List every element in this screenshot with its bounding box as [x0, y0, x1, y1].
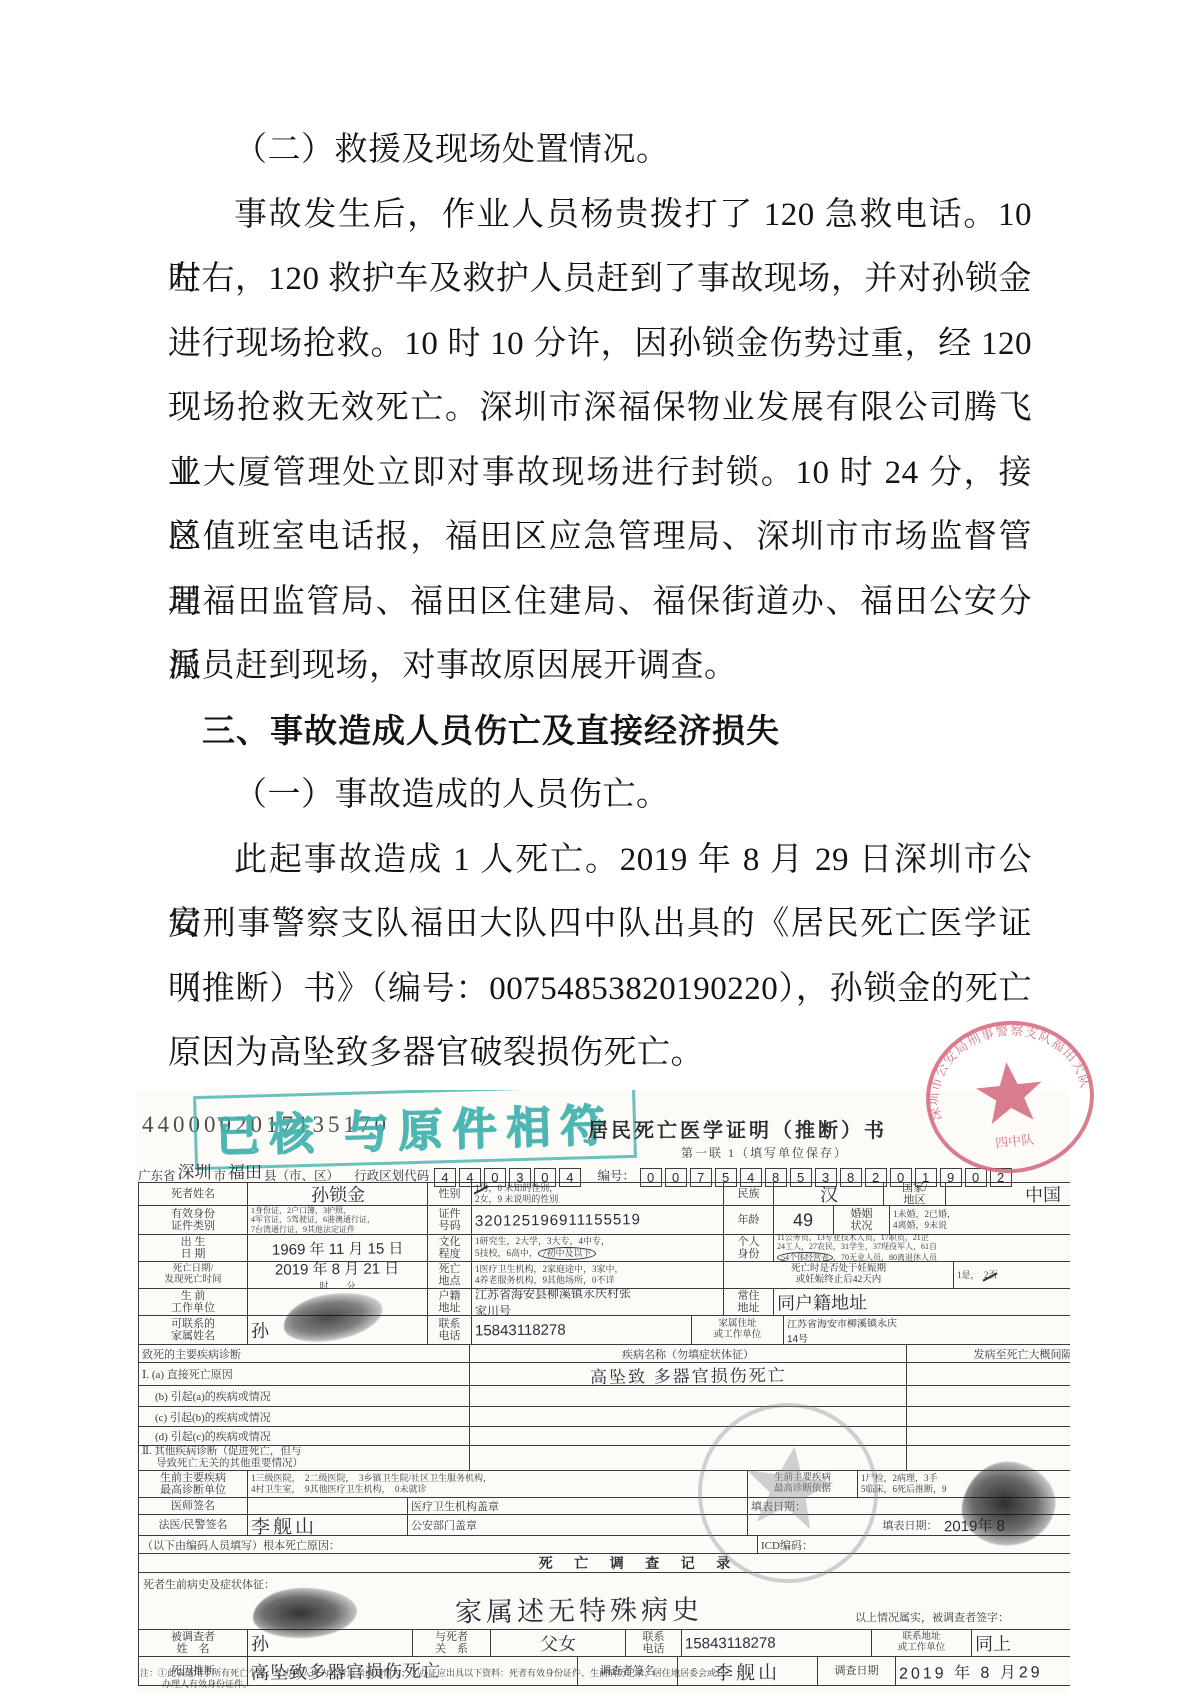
label: Ⅱ. 其他疾病诊断（促进死亡，但与导致死亡无关的其他重要情况） — [139, 1446, 469, 1470]
label: 性别 — [427, 1183, 471, 1205]
row-cause-d: (d) 引起(c)的疾病或情况 — [139, 1426, 1070, 1445]
row-cause-a: Ⅰ. (a) 直接死亡原因 高坠致 多器官损伤死亡 — [139, 1362, 1070, 1385]
body-line: 进行现场抢救。10 时 10 分许，因孙锁金伤势过重，经 120 — [168, 312, 1032, 377]
label: 国家/地区 — [883, 1183, 945, 1205]
handwritten-police-signature: 李舰山 — [251, 1515, 317, 1535]
cert-footnote: 注：①此表适用于所有死亡个案；②办理人应为死者近亲或知情人；③办证应出具以下资料… — [140, 1668, 1070, 1691]
city-suffix: 市 — [214, 1169, 227, 1183]
body-line: 局刑事警察支队福田大队四中队出具的《居民死亡医学证明 — [168, 892, 1032, 957]
body-line: 总值班室电话报，福田区应急管理局、深圳市市场监督管理 — [168, 505, 1032, 570]
cert-number-label: 编号： — [597, 1169, 635, 1183]
handwritten-death-cause: 高坠致 多器官损伤死亡 — [589, 1363, 786, 1385]
label: 医师签名 — [139, 1498, 247, 1514]
identity-options: 11公务员，13专业技术人员，17职员，21企 24工人，27农民，31学生，3… — [773, 1235, 1070, 1261]
label: 个人身份 — [723, 1235, 773, 1261]
label: Ⅰ. (a) 直接死亡原因 — [139, 1363, 469, 1385]
label: 发病至死亡大概间隔 — [906, 1345, 1070, 1362]
row-death-date: 死亡日期/发现死亡时间 2019 年 8 月 21 日时 分 死亡地点 1医疗卫… — [139, 1261, 1070, 1288]
body-line: 局福田监管局、福田区住建局、福保街道办、福田公安分局 — [168, 570, 1032, 635]
body-line: （推断）书》（编号：00754853820190220），孙锁金的死亡 — [168, 957, 1032, 1022]
star-icon — [974, 1059, 1046, 1126]
label: 联系地址或工作单位 — [871, 1630, 971, 1656]
label: 生 前工作单位 — [139, 1289, 247, 1315]
death-place-options: 1医疗卫生机构，2家庭途中，3家中，4养老服务机构，9其他场所，0不详 — [471, 1262, 723, 1288]
body-line: 此起事故造成 1 人死亡。2019 年 8 月 29 日深圳市公安 — [168, 828, 1032, 893]
verified-stamp-text: 已核 与原件相符 — [215, 1090, 616, 1165]
body-line: 左右，120 救护车及救护人员赶到了事故现场，并对孙锁金 — [168, 247, 1032, 312]
label: 被调查者姓 名 — [139, 1630, 247, 1656]
history-label: 死者生前病史及症状体征： — [143, 1576, 275, 1592]
body-line: 事故发生后，作业人员杨贵拨打了 120 急救电话。10 时 — [168, 183, 1032, 248]
body-line: （二）救援及现场处置情况。 — [168, 118, 1032, 183]
body-line: （一）事故造成的人员伤亡。 — [168, 763, 1032, 828]
label: 年龄 — [723, 1206, 773, 1234]
handwritten-name: 孙锁金 — [310, 1183, 364, 1205]
label: 联系电话 — [625, 1630, 681, 1656]
section-heading: 三、事故造成人员伤亡及直接经济损失 — [168, 699, 1032, 764]
label: 证件号码 — [427, 1206, 471, 1234]
body-line: 派员赶到现场，对事故原因展开调查。 — [168, 634, 1032, 699]
handwritten-nation: 中国 — [1024, 1183, 1060, 1205]
report-page: （二）救援及现场处置情况。 事故发生后，作业人员杨贵拨打了 120 急救电话。1… — [0, 0, 1199, 1696]
handwritten-family-address: 江苏省海安市柳溪镇永庆14号 — [783, 1316, 1070, 1344]
row-deceased-name: 死者姓名 孙锁金 性别 1男，0 未知的性别， 2女，9 未说明的性别 民族 汉… — [139, 1183, 1070, 1205]
handwritten-contact-phone: 15843118278 — [685, 1634, 776, 1652]
body-line: 现场抢救无效死亡。深圳市深福保物业发展有限公司腾飞工 — [168, 376, 1032, 441]
row-other-diagnosis: Ⅱ. 其他疾病诊断（促进死亡，但与导致死亡无关的其他重要情况） — [139, 1445, 1070, 1470]
handwritten-same-address: 同上 — [975, 1630, 1011, 1656]
handwritten-id-number: 320125196911155519 — [475, 1211, 641, 1230]
sex-options: 1男，0 未知的性别， 2女，9 未说明的性别 — [471, 1183, 723, 1205]
row-cause-c: (c) 引起(b)的疾病或情况 — [139, 1406, 1070, 1426]
handwritten-ethnicity: 汉 — [819, 1183, 837, 1205]
star-icon — [740, 1440, 838, 1531]
row-doctor-signature: 医师签名 医疗卫生机构盖章 填表日期： — [139, 1497, 1070, 1514]
label: 出 生日 期 — [139, 1235, 247, 1261]
label: 婚姻状况 — [833, 1206, 889, 1234]
label: 文化程度 — [427, 1235, 471, 1261]
diagnosis-unit-options: 1三级医院， 2二级医院， 3乡镇卫生院/社区卫生服务机构，4村卫生室， 9其他… — [247, 1471, 747, 1497]
label: 联系电话 — [427, 1316, 471, 1344]
investigation-title: 死 亡 调 查 记 录 — [139, 1554, 1070, 1572]
label: (d) 引起(c)的疾病或情况 — [139, 1427, 469, 1445]
label: 死者姓名 — [139, 1183, 247, 1205]
label: 可联系的家属姓名 — [139, 1316, 247, 1344]
row-id-document: 有效身份证件类别 1身份证，2户口簿，3护照，4军官证，5驾驶证，6港澳通行证，… — [139, 1205, 1070, 1234]
faint-police-stamp — [681, 1386, 896, 1601]
handwritten-phone: 15843118278 — [475, 1321, 566, 1339]
label: (c) 引起(b)的疾病或情况 — [139, 1407, 469, 1426]
row-family-contact: 可联系的家属姓名 孙 联系电话 15843118278 家属住址或工作单位 江苏… — [139, 1315, 1070, 1344]
label: 致死的主要疾病诊断 — [139, 1345, 469, 1362]
row-investigation-title: 死 亡 调 查 记 录 — [139, 1553, 1070, 1572]
svg-text:四中队: 四中队 — [994, 1132, 1034, 1151]
red-police-seal: 深圳市公安局刑事警察支队福田大队 四中队 — [914, 1009, 1106, 1185]
row-cause-b: (b) 引起(a)的疾病或情况 — [139, 1385, 1070, 1406]
cert-copy-label: 第一联 1（填写单位保存） — [681, 1144, 848, 1161]
label: 家属住址或工作单位 — [691, 1316, 783, 1344]
label: 常住地址 — [723, 1289, 773, 1315]
handwritten-city: 深圳 — [178, 1163, 212, 1182]
label: 民族 — [723, 1183, 773, 1205]
label: 户籍地址 — [427, 1289, 471, 1315]
label: 法医/民警签名 — [139, 1515, 247, 1535]
education-options: 1研究生，2大学，3大专，4中专， 5技校，6高中，7初中及以下 — [471, 1235, 723, 1261]
cert-title: 居民死亡医学证明（推断）书 — [588, 1114, 887, 1143]
county-suffix: 县（市、区） — [264, 1169, 339, 1183]
marriage-options: 1未婚，2已婚，4离婚，9未说 — [889, 1206, 1070, 1234]
label: (b) 引起(a)的疾病或情况 — [139, 1386, 469, 1406]
label: （以下由编码人员填写）根本死亡原因： — [139, 1536, 757, 1553]
body-line: 业大厦管理处立即对事故现场进行封锁。10 时 24 分，接区 — [168, 441, 1032, 506]
handwritten-county: 福田 — [228, 1163, 262, 1182]
row-root-cause: （以下由编码人员填写）根本死亡原因： ICD编码： — [139, 1535, 1070, 1553]
handwritten-death-date: 2019 年 8 月 21 日 — [275, 1262, 399, 1280]
handwritten-birth-date: 1969 年 11 月 15 日 — [272, 1237, 404, 1259]
pregnancy-options: 1是， 2否 — [953, 1262, 1070, 1288]
label: 生前主要疾病最高诊断单位 — [139, 1471, 247, 1497]
label: 死亡日期/发现死亡时间 — [139, 1262, 247, 1288]
report-body: （二）救援及现场处置情况。 事故发生后，作业人员杨贵拨打了 120 急救电话。1… — [168, 118, 1032, 1086]
handwritten-family-name: 孙 — [251, 1317, 269, 1343]
row-diagnosis-header: 致死的主要疾病诊断 疾病名称（勿填症状体征） 发病至死亡大概间隔 — [139, 1344, 1070, 1362]
label: 有效身份证件类别 — [139, 1206, 247, 1234]
label: 死亡时是否处于妊娠期或妊娠终止后42天内 — [723, 1262, 953, 1288]
confirm-signature-label: 以上情况属实，被调查者签字： — [855, 1609, 1009, 1625]
handwritten-relation: 父女 — [540, 1630, 576, 1656]
label: 与死者关 系 — [412, 1630, 490, 1656]
row-birth-date: 出 生日 期 1969 年 11 月 15 日 文化程度 1研究生，2大学，3大… — [139, 1234, 1070, 1261]
verified-stamp: 已核 与原件相符 — [193, 1090, 637, 1170]
row-police-signature: 法医/民警签名 李舰山 公安部门盖章 填表日期：2019年 8 — [139, 1514, 1070, 1535]
label: 疾病名称（勿填症状体征） — [469, 1345, 906, 1362]
row-work-address: 生 前工作单位 户籍地址 江苏省海安县柳溪镇永庆村张家川号 常住地址 同户籍地址 — [139, 1288, 1070, 1315]
handwritten-registered-address: 江苏省海安县柳溪镇永庆村张家川号 — [471, 1289, 723, 1315]
row-diagnosis-unit: 生前主要疾病最高诊断单位 1三级医院， 2二级医院， 3乡镇卫生院/社区卫生服务… — [139, 1470, 1070, 1497]
handwritten-age: 49 — [793, 1209, 813, 1230]
province-label: 广东省 — [138, 1169, 176, 1183]
body-line: 原因为高坠致多器官破裂损伤死亡。 — [168, 1021, 1032, 1086]
handwritten-resident-address: 同户籍地址 — [777, 1289, 867, 1315]
handwritten-interviewee: 孙 — [251, 1630, 269, 1656]
label: 死亡地点 — [427, 1262, 471, 1288]
id-type-options: 1身份证，2户口簿，3护照，4军官证，5驾驶证，6港澳通行证，7台湾通行证，9其… — [247, 1206, 427, 1234]
interval-blank — [906, 1363, 1070, 1385]
area-code-label: 行政区划代码 — [354, 1169, 429, 1183]
